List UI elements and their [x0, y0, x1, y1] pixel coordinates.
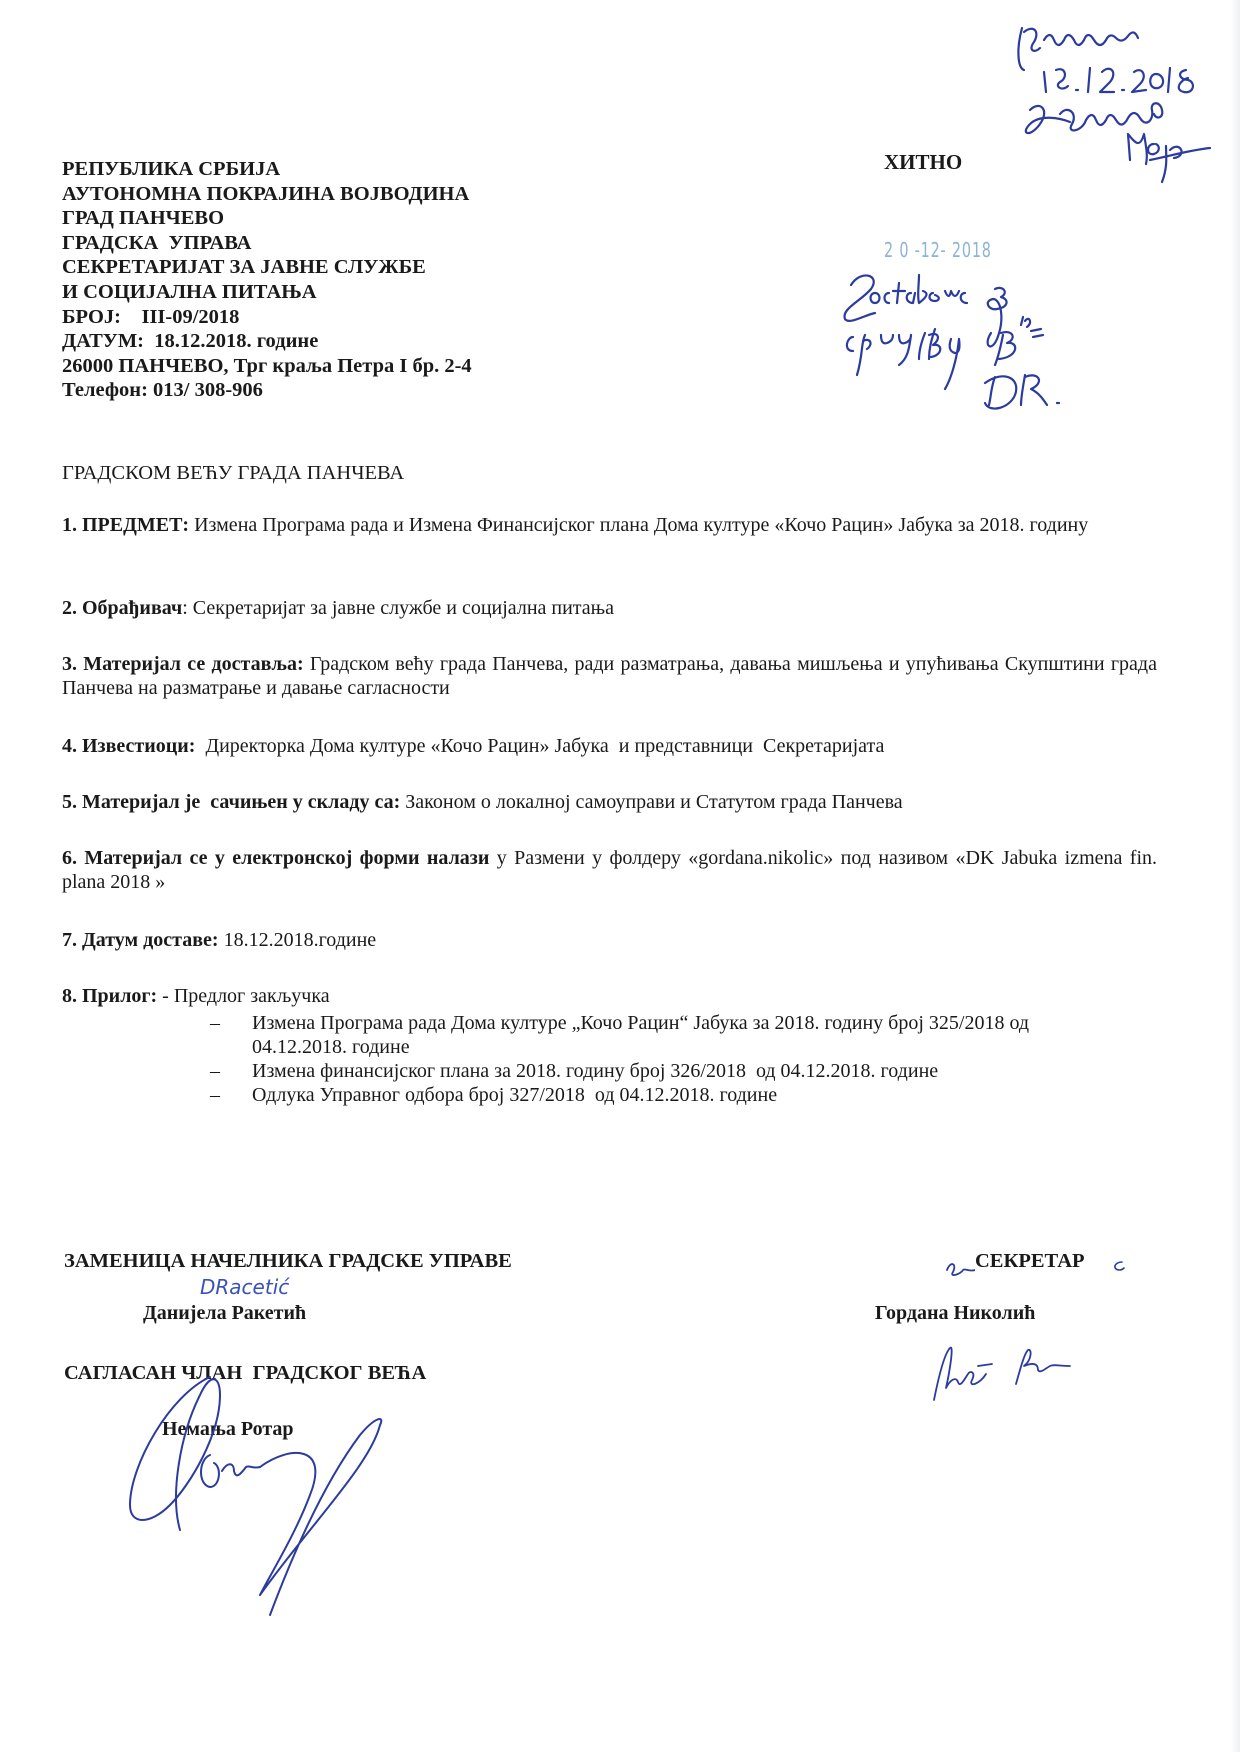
secretary-handwritten-mark [945, 1258, 975, 1278]
signatory-name-secretary: Гордана Николић [875, 1302, 1035, 1325]
item-label: 4. Известиоци: [62, 735, 195, 757]
attachment-text: Измена финансијског плана за 2018. годин… [252, 1059, 938, 1083]
dash-bullet: – [210, 1059, 252, 1083]
document-number: БРОЈ: III-09/2018 [62, 305, 472, 330]
item-text: 18.12.2018.године [219, 929, 377, 951]
item-text: Измена Програма рада и Измена Финансијск… [189, 514, 1088, 536]
attachment-text: Одлука Управног одбора број 327/2018 од … [252, 1083, 777, 1107]
signatory-title-secretary: СЕКРЕТАР [975, 1250, 1085, 1273]
item-text: Законом о локалној самоуправи и Статутом… [400, 791, 902, 813]
document-date: ДАТУМ: 18.12.2018. године [62, 329, 472, 354]
dash-bullet: – [210, 1011, 252, 1059]
dash-bullet: – [210, 1083, 252, 1107]
phone: Телефон: 013/ 308-906 [62, 378, 472, 403]
item-author: 2. Обрађивач: Секретаријат за јавне служ… [62, 596, 1157, 620]
addressee: ГРАДСКОМ ВЕЋУ ГРАДА ПАНЧЕВА [62, 462, 404, 485]
item-delivery-date: 7. Датум доставе: 18.12.2018.године [62, 928, 1157, 952]
item-delivered-to: 3. Материјал се доставља: Градском већу … [62, 652, 1157, 700]
letterhead: РЕПУБЛИКА СРБИЈА АУТОНОМНА ПОКРАЈИНА ВОЈ… [62, 157, 472, 403]
urgent-label: ХИТНО [884, 150, 962, 175]
handwritten-receipt-note [1010, 10, 1230, 200]
scan-page-edge [1230, 0, 1240, 1752]
item-attachments: 8. Прилог: - Предлог закључка [62, 984, 1157, 1008]
signature-rotar [110, 1375, 410, 1635]
letterhead-line: РЕПУБЛИКА СРБИЈА [62, 157, 472, 182]
item-label: 1. ПРЕДМЕТ: [62, 514, 189, 536]
item-rapporteurs: 4. Известиоци: Директорка Дома културе «… [62, 734, 1157, 758]
signature-raketic: DRacetić [200, 1275, 289, 1299]
letterhead-line: ГРАДСКА УПРАВА [62, 231, 472, 256]
signatory-name-deputy: Данијела Ракетић [143, 1302, 306, 1325]
letterhead-line: И СОЦИЈАЛНА ПИТАЊА [62, 280, 472, 305]
attachment-item: – Измена финансијског плана за 2018. год… [210, 1059, 1110, 1083]
item-text: : Секретаријат за јавне службе и социјал… [182, 597, 614, 619]
letterhead-line: СЕКРЕТАРИЈАТ ЗА ЈАВНЕ СЛУЖБЕ [62, 255, 472, 280]
signatory-title-deputy: ЗАМЕНИЦА НАЧЕЛНИКА ГРАДСКЕ УПРАВЕ [64, 1250, 512, 1273]
item-text: Директорка Дома културе «Кочо Рацин» Јаб… [195, 735, 884, 757]
attachment-item: – Одлука Управног одбора број 327/2018 о… [210, 1083, 1110, 1107]
received-date-stamp: 2 0 -12- 2018 [884, 238, 992, 262]
attachment-text: Измена Програма рада Дома културе „Кочо … [252, 1011, 1110, 1059]
attachment-list: – Измена Програма рада Дома културе „Коч… [210, 1011, 1110, 1107]
item-label: 8. Прилог: [62, 985, 157, 1007]
item-legal-basis: 5. Материјал је сачињен у складу са: Зак… [62, 790, 1157, 814]
item-label: 6. Материјал се у електронској форми нал… [62, 847, 489, 869]
letterhead-line: ГРАД ПАНЧЕВО [62, 206, 472, 231]
item-label: 3. Материјал се доставља: [62, 653, 304, 675]
item-electronic-location: 6. Материјал се у електронској форми нал… [62, 846, 1157, 894]
item-subject: 1. ПРЕДМЕТ: Измена Програма рада и Измен… [62, 513, 1157, 537]
handwritten-routing-note [835, 265, 1135, 420]
signature-nikolic [920, 1340, 1100, 1410]
item-label: 2. Обрађивач [62, 597, 182, 619]
address: 26000 ПАНЧЕВО, Трг краља Петра I бр. 2-4 [62, 354, 472, 379]
letterhead-line: АУТОНОМНА ПОКРАЈИНА ВОЈВОДИНА [62, 182, 472, 207]
item-label: 7. Датум доставе: [62, 929, 219, 951]
attachment-item: – Измена Програма рада Дома културе „Коч… [210, 1011, 1110, 1059]
item-text: - Предлог закључка [157, 985, 329, 1007]
item-label: 5. Материјал је сачињен у складу са: [62, 791, 400, 813]
secretary-handwritten-mark-end [1110, 1258, 1126, 1274]
